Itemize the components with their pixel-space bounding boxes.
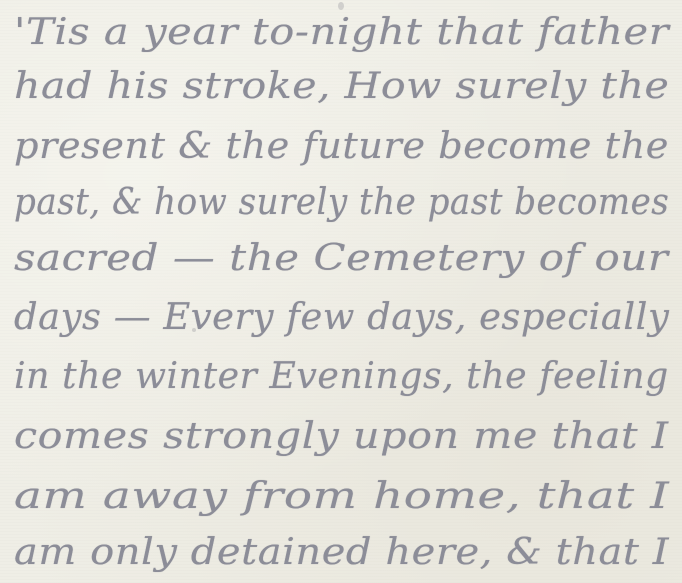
manuscript-line-5: sacred — the Cemetery of our xyxy=(14,238,668,279)
manuscript-line-3: present & the future become the xyxy=(14,126,669,167)
manuscript-line-9: am away from home, that I xyxy=(14,476,669,517)
manuscript-line-7: in the winter Evenings, the feeling xyxy=(14,356,669,397)
manuscript-line-6: days — Every few days, especially xyxy=(14,297,669,338)
manuscript-page: 'Tis a year to-night that father had his… xyxy=(0,0,682,583)
manuscript-line-1: 'Tis a year to-night that father xyxy=(14,12,669,53)
manuscript-line-4: past, & how surely the past becomes xyxy=(14,182,669,223)
manuscript-line-10: am only detained here, & that I xyxy=(14,532,669,573)
paper-speck xyxy=(338,2,344,10)
manuscript-line-8: comes strongly upon me that I xyxy=(14,416,669,457)
manuscript-line-2: had his stroke, How surely the xyxy=(14,66,669,107)
